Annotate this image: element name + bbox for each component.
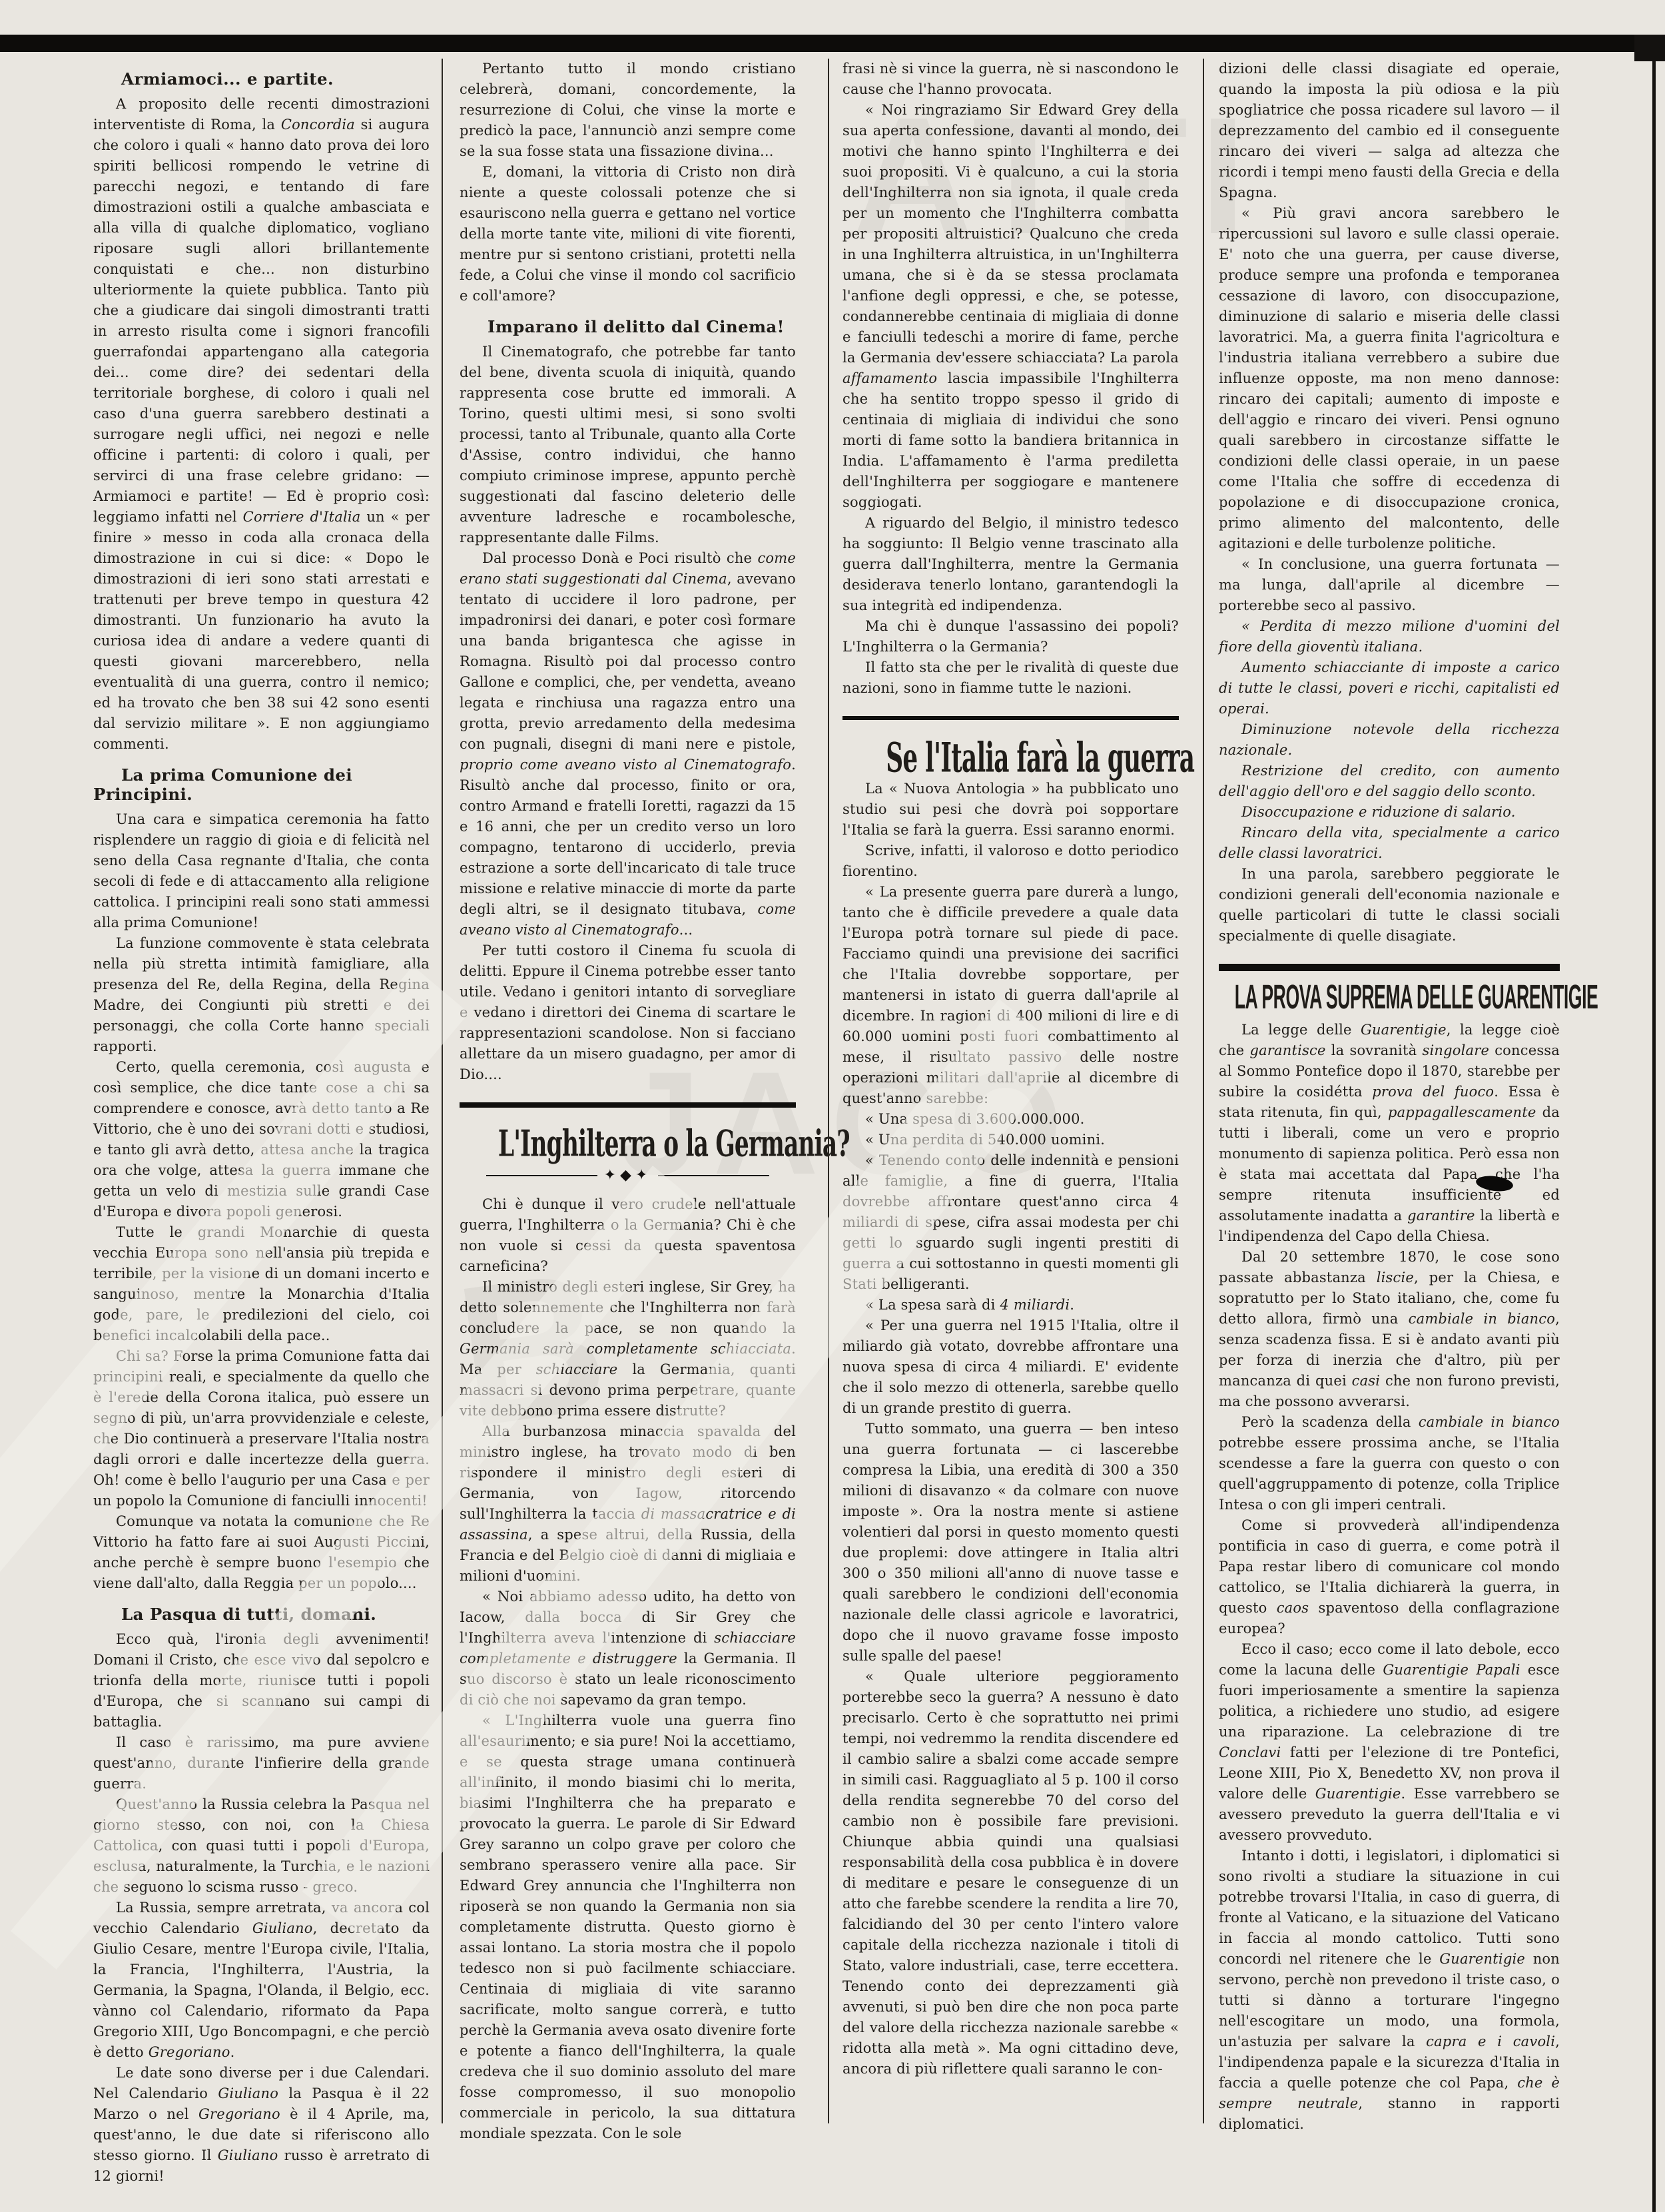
italic-phrase: Corriere d'Italia (243, 509, 361, 525)
article-paragraph: La legge delle Guarentigie, la legge cio… (1219, 1020, 1560, 1247)
italic-phrase: capra e i cavoli (1426, 2033, 1555, 2049)
article-headline: Imparano il delitto dal Cinema! (460, 317, 796, 336)
article-paragraph: « Perdita di mezzo milione d'uomini del … (1219, 616, 1560, 657)
article-paragraph: Scrive, infatti, il valoroso e dotto per… (842, 841, 1179, 882)
text-run: frasi nè si vince la guerra, nè si nasco… (842, 61, 1179, 97)
article-paragraph: In una parola, sarebbero peggiorate le c… (1219, 864, 1560, 946)
text-run: Per tutti costoro il Cinema fu scuola di… (460, 942, 796, 1082)
article-paragraph: Comunque va notata la comunione che Re V… (93, 1511, 430, 1594)
italic-phrase: Guarentigie (1439, 1951, 1525, 1967)
italic-phrase: Giuliano (252, 1920, 313, 1936)
text-run: Comunque va notata la comunione che Re V… (93, 1513, 430, 1591)
article-paragraph: Quest'anno la Russia celebra la Pasqua n… (93, 1794, 430, 1898)
text-run: « Noi ringraziamo Sir Edward Grey della … (842, 102, 1179, 366)
text-run: La Pasqua di tutti, domani. (121, 1605, 376, 1624)
italic-phrase: Germania sarà completamente schiacciata (460, 1341, 791, 1357)
text-run: La funzione commovente è stata celebrata… (93, 935, 430, 1054)
article-paragraph: La Russia, sempre arretrata, va ancora c… (93, 1898, 430, 2063)
title-text: Se l'Italia farà la guerra (886, 733, 1194, 781)
text-run: « La spesa sarà di (865, 1297, 1000, 1313)
article-paragraph: Aumento schiacciante di imposte a carico… (1219, 657, 1560, 719)
text-run: Restrizione del credito, con aumento del… (1219, 763, 1560, 799)
text-run: si augura che coloro i quali « hanno dat… (93, 117, 430, 525)
text-run: Disoccupazione e riduzione di salario. (1241, 804, 1516, 820)
article-headline: La prima Comunione dei Principini. (93, 765, 430, 804)
text-run: « In conclusione, una guerra fortunata —… (1219, 556, 1560, 613)
text-run: Ma chi è dunque l'assassino dei popoli? … (842, 618, 1179, 655)
column-3: frasi nè si vince la guerra, nè si nasco… (842, 59, 1179, 2079)
scan-corner-blot (1634, 35, 1665, 61)
top-border-rule (0, 35, 1665, 52)
text-run: dizioni delle classi disagiate ed operai… (1219, 61, 1560, 200)
article-paragraph: « Noi abbiamo adesso udito, ha detto von… (460, 1587, 796, 1710)
text-run: « Più gravi ancora sarebbero le ripercus… (1219, 205, 1560, 552)
section-title: L'Inghilterra o la Germania? (460, 1128, 796, 1160)
italic-phrase: singolare (1422, 1042, 1489, 1058)
italic-phrase: Giuliano (218, 2147, 278, 2163)
article-paragraph: « In conclusione, una guerra fortunata —… (1219, 554, 1560, 616)
italic-phrase: cambiale in bianco (1419, 1414, 1560, 1430)
article-headline: Armiamoci... e partite. (93, 69, 430, 89)
ornament-line (486, 1175, 597, 1176)
text-run: Il caso è rarissimo, ma pure avviene que… (93, 1734, 430, 1792)
text-run: « Una perdita di 540.000 uomini. (865, 1132, 1105, 1148)
article-paragraph: dizioni delle classi disagiate ed operai… (1219, 59, 1560, 203)
text-run: A riguardo del Belgio, il ministro tedes… (842, 515, 1179, 613)
text-run: ... (679, 922, 693, 938)
article-paragraph: Alla burbanzosa minaccia spavalda del mi… (460, 1421, 796, 1587)
column-1: Armiamoci... e partite.A proposito delle… (93, 59, 430, 2187)
article-paragraph: Ecco il caso; ecco come il lato debole, … (1219, 1639, 1560, 1846)
article-paragraph: E, domani, la vittoria di Cristo non dir… (460, 162, 796, 306)
italic-phrase: Gregoriano (149, 2044, 230, 2060)
italic-phrase: Giuliano (218, 2085, 278, 2101)
article-paragraph: « Quale ulteriore peggioramento portereb… (842, 1666, 1179, 2079)
article-paragraph: Ma chi è dunque l'assassino dei popoli? … (842, 616, 1179, 657)
text-run: Intanto i dotti, i legislatori, i diplom… (1219, 1848, 1560, 1967)
text-run: La legge delle (1241, 1022, 1361, 1038)
article-paragraph: « Tenendo conto delle indennità e pensio… (842, 1150, 1179, 1295)
article-paragraph: « La spesa sarà di 4 miliardi. (842, 1295, 1179, 1315)
italic-phrase: affamamento (842, 370, 937, 386)
italic-phrase: garantisce (1249, 1042, 1325, 1058)
text-run: Una cara e simpatica ceremonia ha fatto … (93, 811, 430, 930)
section-divider-rule (842, 716, 1179, 720)
section-divider-rule (460, 1102, 796, 1108)
text-run: Tutto sommato, una guerra — ben inteso u… (842, 1421, 1179, 1664)
text-run: . (1070, 1297, 1074, 1313)
text-run: Aumento schiacciante di imposte a carico… (1219, 659, 1560, 717)
column-divider-rule (442, 59, 443, 2123)
article-paragraph: « Noi ringraziamo Sir Edward Grey della … (842, 100, 1179, 513)
title-text: L'Inghilterra o la Germania? (498, 1122, 850, 1165)
article-paragraph: « L'Inghilterra vuole una guerra fino al… (460, 1710, 796, 2144)
text-run: da tutti i liberali, come un vero e prop… (1219, 1104, 1560, 1224)
article-paragraph: Le date sono diverse per i due Calendari… (93, 2063, 430, 2187)
ornament-line (658, 1175, 769, 1176)
text-run: Armiamoci... e partite. (121, 69, 334, 89)
italic-phrase: prova del fuoco (1372, 1084, 1494, 1100)
article-paragraph: Tutto sommato, una guerra — ben inteso u… (842, 1419, 1179, 1666)
text-run: Tutte le grandi Monarchie di questa vecc… (93, 1224, 430, 1343)
text-run: Rincaro della vita, specialmente a caric… (1219, 825, 1560, 861)
article-paragraph: Dal 20 settembre 1870, le cose sono pass… (1219, 1247, 1560, 1412)
italic-phrase: liscie (1377, 1270, 1414, 1286)
article-paragraph: Una cara e simpatica ceremonia ha fatto … (93, 809, 430, 933)
text-run: La « Nuova Antologia » ha pubblicato uno… (842, 781, 1179, 838)
column-4: dizioni delle classi disagiate ed operai… (1219, 59, 1560, 2135)
article-paragraph: Restrizione del credito, con aumento del… (1219, 761, 1560, 802)
scan-edge-strip (1652, 35, 1656, 2212)
ornament-flourish-icon: ✦◆✦ (597, 1167, 659, 1184)
article-paragraph: « Una spesa di 3.600.000.000. (842, 1109, 1179, 1130)
text-run: , decretato da Giulio Cesare, mentre l'E… (93, 1920, 430, 2060)
article-paragraph: Rincaro della vita, specialmente a caric… (1219, 823, 1560, 864)
title-text: LA PROVA SUPREMA DELLE GUARENTIGIE (1235, 979, 1598, 1018)
article-paragraph: A proposito delle recenti dimostrazioni … (93, 94, 430, 755)
article-paragraph: Il Cinematografo, che potrebbe far tanto… (460, 342, 796, 548)
article-paragraph: Il fatto sta che per le rivalità di ques… (842, 657, 1179, 699)
text-run: Chi è dunque il vero crudele nell'attual… (460, 1196, 796, 1274)
article-paragraph: « Per una guerra nel 1915 l'Italia, oltr… (842, 1315, 1179, 1419)
article-paragraph: frasi nè si vince la guerra, nè si nasco… (842, 59, 1179, 100)
article-paragraph: « Più gravi ancora sarebbero le ripercus… (1219, 203, 1560, 554)
text-run: Ecco quà, l'ironia degli avvenimenti! Do… (93, 1631, 430, 1730)
text-run: Certo, quella ceremonia, così augusta e … (93, 1059, 430, 1220)
section-title: Se l'Italia farà la guerra (842, 740, 1179, 776)
text-run: Imparano il delitto dal Cinema! (488, 317, 785, 336)
text-run: « Perdita di mezzo milione d'uomini del … (1219, 618, 1560, 655)
text-run: « Per una guerra nel 1915 l'Italia, oltr… (842, 1317, 1179, 1416)
italic-phrase: caos (1277, 1600, 1309, 1616)
italic-phrase: pappagallescamente (1388, 1104, 1536, 1120)
article-paragraph: Intanto i dotti, i legislatori, i diplom… (1219, 1846, 1560, 2135)
text-run: la sovranità (1326, 1042, 1423, 1058)
italic-phrase: garantire (1407, 1208, 1475, 1224)
italic-phrase: Gregoriano (198, 2106, 280, 2122)
column-2: Pertanto tutto il mondo cristiano celebr… (460, 59, 796, 2144)
text-run: un « per finire » messo in coda alla cro… (93, 509, 430, 752)
text-run: Il ministro degli esteri inglese, Sir Gr… (460, 1279, 796, 1336)
text-run: Però la scadenza della (1241, 1414, 1419, 1430)
italic-phrase: Conclavi (1219, 1744, 1281, 1760)
newspaper-page-scan: ATTIJACOB Armiamoci... e partite.A propo… (0, 0, 1665, 2212)
text-run: Chi sa? Forse la prima Comunione fatta d… (93, 1348, 430, 1509)
text-run: lascia impassibile l'Inghilterra che ha … (842, 370, 1179, 510)
text-run: E, domani, la vittoria di Cristo non dir… (460, 164, 796, 304)
text-run: « La presente guerra pare durerà a lungo… (842, 884, 1179, 1106)
text-run: Quest'anno la Russia celebra la Pasqua n… (93, 1796, 430, 1895)
italic-phrase: Guarentigie (1315, 1786, 1401, 1802)
text-run: Diminuzione notevole della ricchezza naz… (1219, 721, 1560, 758)
section-title-display: LA PROVA SUPREMA DELLE GUARENTIGIE (1219, 988, 1560, 1010)
article-paragraph: Il ministro degli esteri inglese, Sir Gr… (460, 1277, 796, 1421)
text-run: , avevano tentato di uccidere il loro pa… (460, 571, 796, 752)
text-run: Il fatto sta che per le rivalità di ques… (842, 659, 1179, 696)
divider-ornament: ✦◆✦ (486, 1167, 769, 1184)
italic-phrase: cambiale in bianco (1409, 1311, 1555, 1327)
text-run: In una parola, sarebbero peggiorate le c… (1219, 866, 1560, 944)
text-run: . Risultò anche dal processo, finito or … (460, 757, 796, 917)
italic-phrase: proprio come aveano visto al Cinematogra… (460, 757, 791, 773)
italic-phrase: schiacciare (536, 1361, 618, 1377)
article-paragraph: Pertanto tutto il mondo cristiano celebr… (460, 59, 796, 162)
text-run: Pertanto tutto il mondo cristiano celebr… (460, 61, 796, 159)
article-paragraph: « Una perdita di 540.000 uomini. (842, 1130, 1179, 1150)
article-paragraph: Diminuzione notevole della ricchezza naz… (1219, 719, 1560, 761)
article-paragraph: Però la scadenza della cambiale in bianc… (1219, 1412, 1560, 1515)
text-run: « Tenendo conto delle indennità e pensio… (842, 1152, 1179, 1292)
text-run: Il Cinematografo, che potrebbe far tanto… (460, 344, 796, 546)
section-divider-rule (1219, 964, 1560, 971)
article-paragraph: « La presente guerra pare durerà a lungo… (842, 882, 1179, 1109)
article-paragraph: Ecco quà, l'ironia degli avvenimenti! Do… (93, 1629, 430, 1732)
article-paragraph: Chi è dunque il vero crudele nell'attual… (460, 1194, 796, 1277)
article-paragraph: Il caso è rarissimo, ma pure avviene que… (93, 1732, 430, 1794)
article-paragraph: Come si provvederà all'indipendenza pont… (1219, 1515, 1560, 1639)
text-run: « Quale ulteriore peggioramento portereb… (842, 1668, 1179, 2077)
italic-phrase: Guarentigie Papali (1383, 1662, 1520, 1678)
italic-phrase: casi (1352, 1373, 1381, 1389)
article-paragraph: Per tutti costoro il Cinema fu scuola di… (460, 940, 796, 1085)
italic-phrase: 4 miliardi (1000, 1297, 1070, 1313)
text-run: La prima Comunione dei Principini. (93, 765, 352, 804)
column-divider-rule (1203, 59, 1204, 2123)
text-run: . (230, 2044, 235, 2060)
article-paragraph: La funzione commovente è stata celebrata… (93, 933, 430, 1057)
article-paragraph: Certo, quella ceremonia, così augusta e … (93, 1057, 430, 1222)
column-divider-rule (828, 59, 829, 2123)
text-run: Scrive, infatti, il valoroso e dotto per… (842, 843, 1179, 879)
article-headline: La Pasqua di tutti, domani. (93, 1605, 430, 1624)
article-paragraph: Tutte le grandi Monarchie di questa vecc… (93, 1222, 430, 1346)
italic-phrase: Guarentigie (1361, 1022, 1447, 1038)
article-paragraph: Chi sa? Forse la prima Comunione fatta d… (93, 1346, 430, 1511)
article-paragraph: La « Nuova Antologia » ha pubblicato uno… (842, 779, 1179, 841)
article-paragraph: Dal processo Donà e Poci risultò che com… (460, 548, 796, 940)
text-run: potrebbe essere prossima anche, se l'Ita… (1219, 1435, 1560, 1513)
text-run: « Una spesa di 3.600.000.000. (865, 1111, 1085, 1127)
text-run: « L'Inghilterra vuole una guerra fino al… (460, 1712, 796, 2141)
article-paragraph: Disoccupazione e riduzione di salario. (1219, 802, 1560, 823)
article-paragraph: A riguardo del Belgio, il ministro tedes… (842, 513, 1179, 616)
italic-phrase: Concordia (281, 117, 355, 133)
text-run: Dal processo Donà e Poci risultò che (482, 550, 757, 566)
